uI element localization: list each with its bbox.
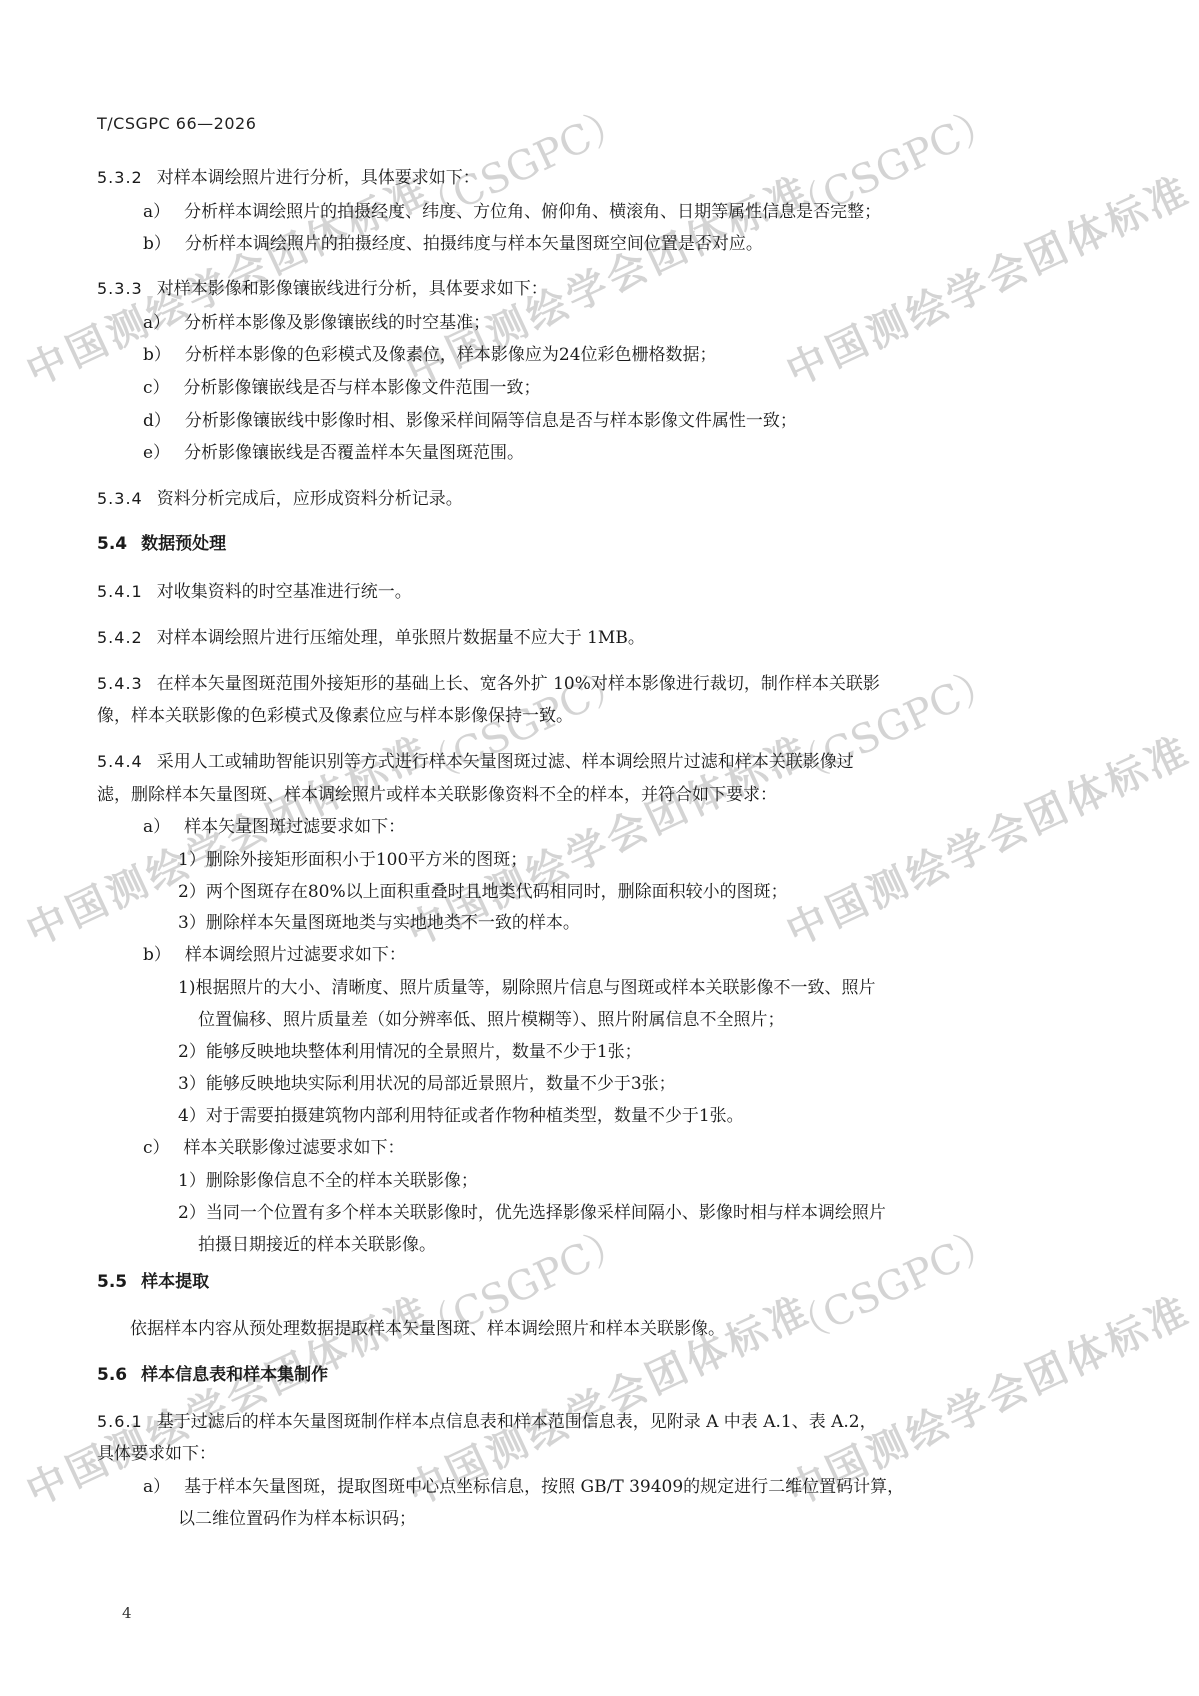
watermark-text: （CSGPC） <box>776 1209 1006 1357</box>
list-text: 分析影像镶嵌线是否覆盖样本矢量图斑范围。 <box>184 443 524 463</box>
list-label: c） <box>143 377 170 399</box>
list-item: c）分析影像镶嵌线是否与样本影像文件范围一致； <box>143 377 541 399</box>
section-title: 样本信息表和样本集制作 <box>141 1365 328 1385</box>
list-text: 基于样本矢量图斑，提取图斑中心点坐标信息，按照 GB/T 39409的规定进行二… <box>184 1477 904 1497</box>
document-page: 中国测绘学会团体标准 中国测绘学会团体标准 中国测绘学会团体标准 （CSGPC）… <box>0 0 1199 1696</box>
sub-list-item: 2）当同一个位置有多个样本关联影像时，优先选择影像采样间隔小、影像时相与样本调绘… <box>178 1202 886 1224</box>
list-label: b） <box>143 344 171 366</box>
sub-list-item: 3）删除样本矢量图斑地类与实地地类不一致的样本。 <box>178 912 580 934</box>
section-title: 样本提取 <box>141 1272 209 1292</box>
section-number: 5.5 <box>97 1272 127 1292</box>
clause-5-3-3: 5.3.3对样本影像和影像镶嵌线进行分析，具体要求如下： <box>97 278 548 300</box>
sub-list-item: 3）能够反映地块实际利用状况的局部近景照片，数量不少于3张； <box>178 1073 676 1095</box>
list-label: b） <box>143 233 171 255</box>
list-label: c） <box>143 1137 170 1159</box>
list-text: 分析影像镶嵌线是否与样本影像文件范围一致； <box>184 378 541 398</box>
list-label: b） <box>143 944 171 966</box>
clause-number: 5.3.4 <box>97 489 143 508</box>
list-text: 分析样本影像的色彩模式及像素位，样本影像应为24位彩色栅格数据； <box>185 345 717 365</box>
list-item: a）分析样本影像及影像镶嵌线的时空基准； <box>143 312 490 334</box>
clause-5-4-4: 5.4.4采用人工或辅助智能识别等方式进行样本矢量图斑过滤、样本调绘照片过滤和样… <box>97 751 854 773</box>
sub-list-item: 2）能够反映地块整体利用情况的全景照片，数量不少于1张； <box>178 1041 642 1063</box>
sub-list-item: 1)根据照片的大小、清晰度、照片质量等，剔除照片信息与图斑或样本关联影像不一致、… <box>178 977 875 999</box>
list-item: b）样本调绘照片过滤要求如下： <box>143 944 406 966</box>
document-id: T/CSGPC 66—2026 <box>97 114 256 133</box>
clause-number: 5.4.4 <box>97 752 143 771</box>
clause-text-continued: 像，样本关联影像的色彩模式及像素位应与样本影像保持一致。 <box>97 705 573 727</box>
section-number: 5.4 <box>97 534 127 554</box>
clause-text-continued: 滤，删除样本矢量图斑、样本调绘照片或样本关联影像资料不全的样本，并符合如下要求： <box>97 784 777 806</box>
list-text: 样本调绘照片过滤要求如下： <box>185 945 406 965</box>
clause-text: 对样本调绘照片进行分析，具体要求如下： <box>157 168 480 188</box>
clause-text-continued: 具体要求如下： <box>97 1443 216 1465</box>
clause-number: 5.4.2 <box>97 628 143 647</box>
clause-text: 资料分析完成后，应形成资料分析记录。 <box>157 489 463 509</box>
clause-5-3-2: 5.3.2对样本调绘照片进行分析，具体要求如下： <box>97 167 480 189</box>
section-heading-5-4: 5.4数据预处理 <box>97 533 226 555</box>
watermark-text: 中国测绘学会团体标准 <box>776 159 1199 397</box>
clause-5-4-2: 5.4.2对样本调绘照片进行压缩处理，单张照片数据量不应大于 1MB。 <box>97 627 645 649</box>
clause-5-4-1: 5.4.1对收集资料的时空基准进行统一。 <box>97 581 412 603</box>
clause-text: 对样本影像和影像镶嵌线进行分析，具体要求如下： <box>157 279 548 299</box>
clause-text: 对样本调绘照片进行压缩处理，单张照片数据量不应大于 1MB。 <box>157 628 645 648</box>
list-label: a） <box>143 1476 170 1498</box>
clause-text: 在样本矢量图斑范围外接矩形的基础上长、宽各外扩 10%对样本影像进行裁切，制作样… <box>157 674 880 694</box>
clause-text: 基于过滤后的样本矢量图斑制作样本点信息表和样本范围信息表，见附录 A 中表 A.… <box>157 1412 877 1432</box>
section-paragraph: 依据样本内容从预处理数据提取样本矢量图斑、样本调绘照片和样本关联影像。 <box>130 1318 725 1340</box>
sub-list-item-continued: 拍摄日期接近的样本关联影像。 <box>198 1234 436 1256</box>
clause-text: 对收集资料的时空基准进行统一。 <box>157 582 412 602</box>
list-label: a） <box>143 201 170 223</box>
clause-number: 5.3.2 <box>97 168 143 187</box>
sub-list-item-continued: 位置偏移、照片质量差（如分辨率低、照片模糊等）、照片附属信息不全照片； <box>198 1009 785 1031</box>
clause-number: 5.4.1 <box>97 582 143 601</box>
list-text: 分析样本影像及影像镶嵌线的时空基准； <box>184 313 490 333</box>
list-item: b）分析样本影像的色彩模式及像素位，样本影像应为24位彩色栅格数据； <box>143 344 717 366</box>
list-item: a）分析样本调绘照片的拍摄经度、纬度、方位角、俯仰角、横滚角、日期等属性信息是否… <box>143 201 881 223</box>
list-item: a）样本矢量图斑过滤要求如下： <box>143 816 405 838</box>
sub-list-item: 1）删除影像信息不全的样本关联影像； <box>178 1170 478 1192</box>
section-title: 数据预处理 <box>141 534 226 554</box>
list-text: 分析影像镶嵌线中影像时相、影像采样间隔等信息是否与样本影像文件属性一致； <box>185 411 797 431</box>
list-text: 样本矢量图斑过滤要求如下： <box>184 817 405 837</box>
watermark-text: （CSGPC） <box>776 649 1006 797</box>
clause-5-4-3: 5.4.3在样本矢量图斑范围外接矩形的基础上长、宽各外扩 10%对样本影像进行裁… <box>97 673 880 695</box>
sub-list-item: 4）对于需要拍摄建筑物内部利用特征或者作物种植类型，数量不少于1张。 <box>178 1105 744 1127</box>
list-item: b）分析样本调绘照片的拍摄经度、拍摄纬度与样本矢量图斑空间位置是否对应。 <box>143 233 763 255</box>
clause-text: 采用人工或辅助智能识别等方式进行样本矢量图斑过滤、样本调绘照片过滤和样本关联影像… <box>157 752 854 772</box>
list-item: d）分析影像镶嵌线中影像时相、影像采样间隔等信息是否与样本影像文件属性一致； <box>143 410 797 432</box>
clause-5-6-1: 5.6.1基于过滤后的样本矢量图斑制作样本点信息表和样本范围信息表，见附录 A … <box>97 1411 877 1433</box>
list-text: 分析样本调绘照片的拍摄经度、纬度、方位角、俯仰角、横滚角、日期等属性信息是否完整… <box>184 202 881 222</box>
clause-number: 5.3.3 <box>97 279 143 298</box>
page-number: 4 <box>122 1604 132 1622</box>
clause-number: 5.4.3 <box>97 674 143 693</box>
section-heading-5-6: 5.6样本信息表和样本集制作 <box>97 1364 328 1386</box>
list-label: a） <box>143 312 170 334</box>
section-heading-5-5: 5.5样本提取 <box>97 1271 209 1293</box>
list-text: 分析样本调绘照片的拍摄经度、拍摄纬度与样本矢量图斑空间位置是否对应。 <box>185 234 763 254</box>
section-number: 5.6 <box>97 1365 127 1385</box>
sub-list-item: 1）删除外接矩形面积小于100平方米的图斑； <box>178 849 527 871</box>
sub-list-item: 2）两个图斑存在80%以上面积重叠时且地类代码相同时，删除面积较小的图斑； <box>178 881 788 903</box>
list-item: c）样本关联影像过滤要求如下： <box>143 1137 405 1159</box>
list-item: e）分析影像镶嵌线是否覆盖样本矢量图斑范围。 <box>143 442 524 464</box>
list-item: a）基于样本矢量图斑，提取图斑中心点坐标信息，按照 GB/T 39409的规定进… <box>143 1476 904 1498</box>
list-label: a） <box>143 816 170 838</box>
list-label: e） <box>143 442 170 464</box>
list-label: d） <box>143 410 171 432</box>
list-text: 样本关联影像过滤要求如下： <box>184 1138 405 1158</box>
clause-number: 5.6.1 <box>97 1412 143 1431</box>
clause-5-3-4: 5.3.4资料分析完成后，应形成资料分析记录。 <box>97 488 463 510</box>
list-item-continued: 以二维位置码作为样本标识码； <box>178 1508 416 1530</box>
